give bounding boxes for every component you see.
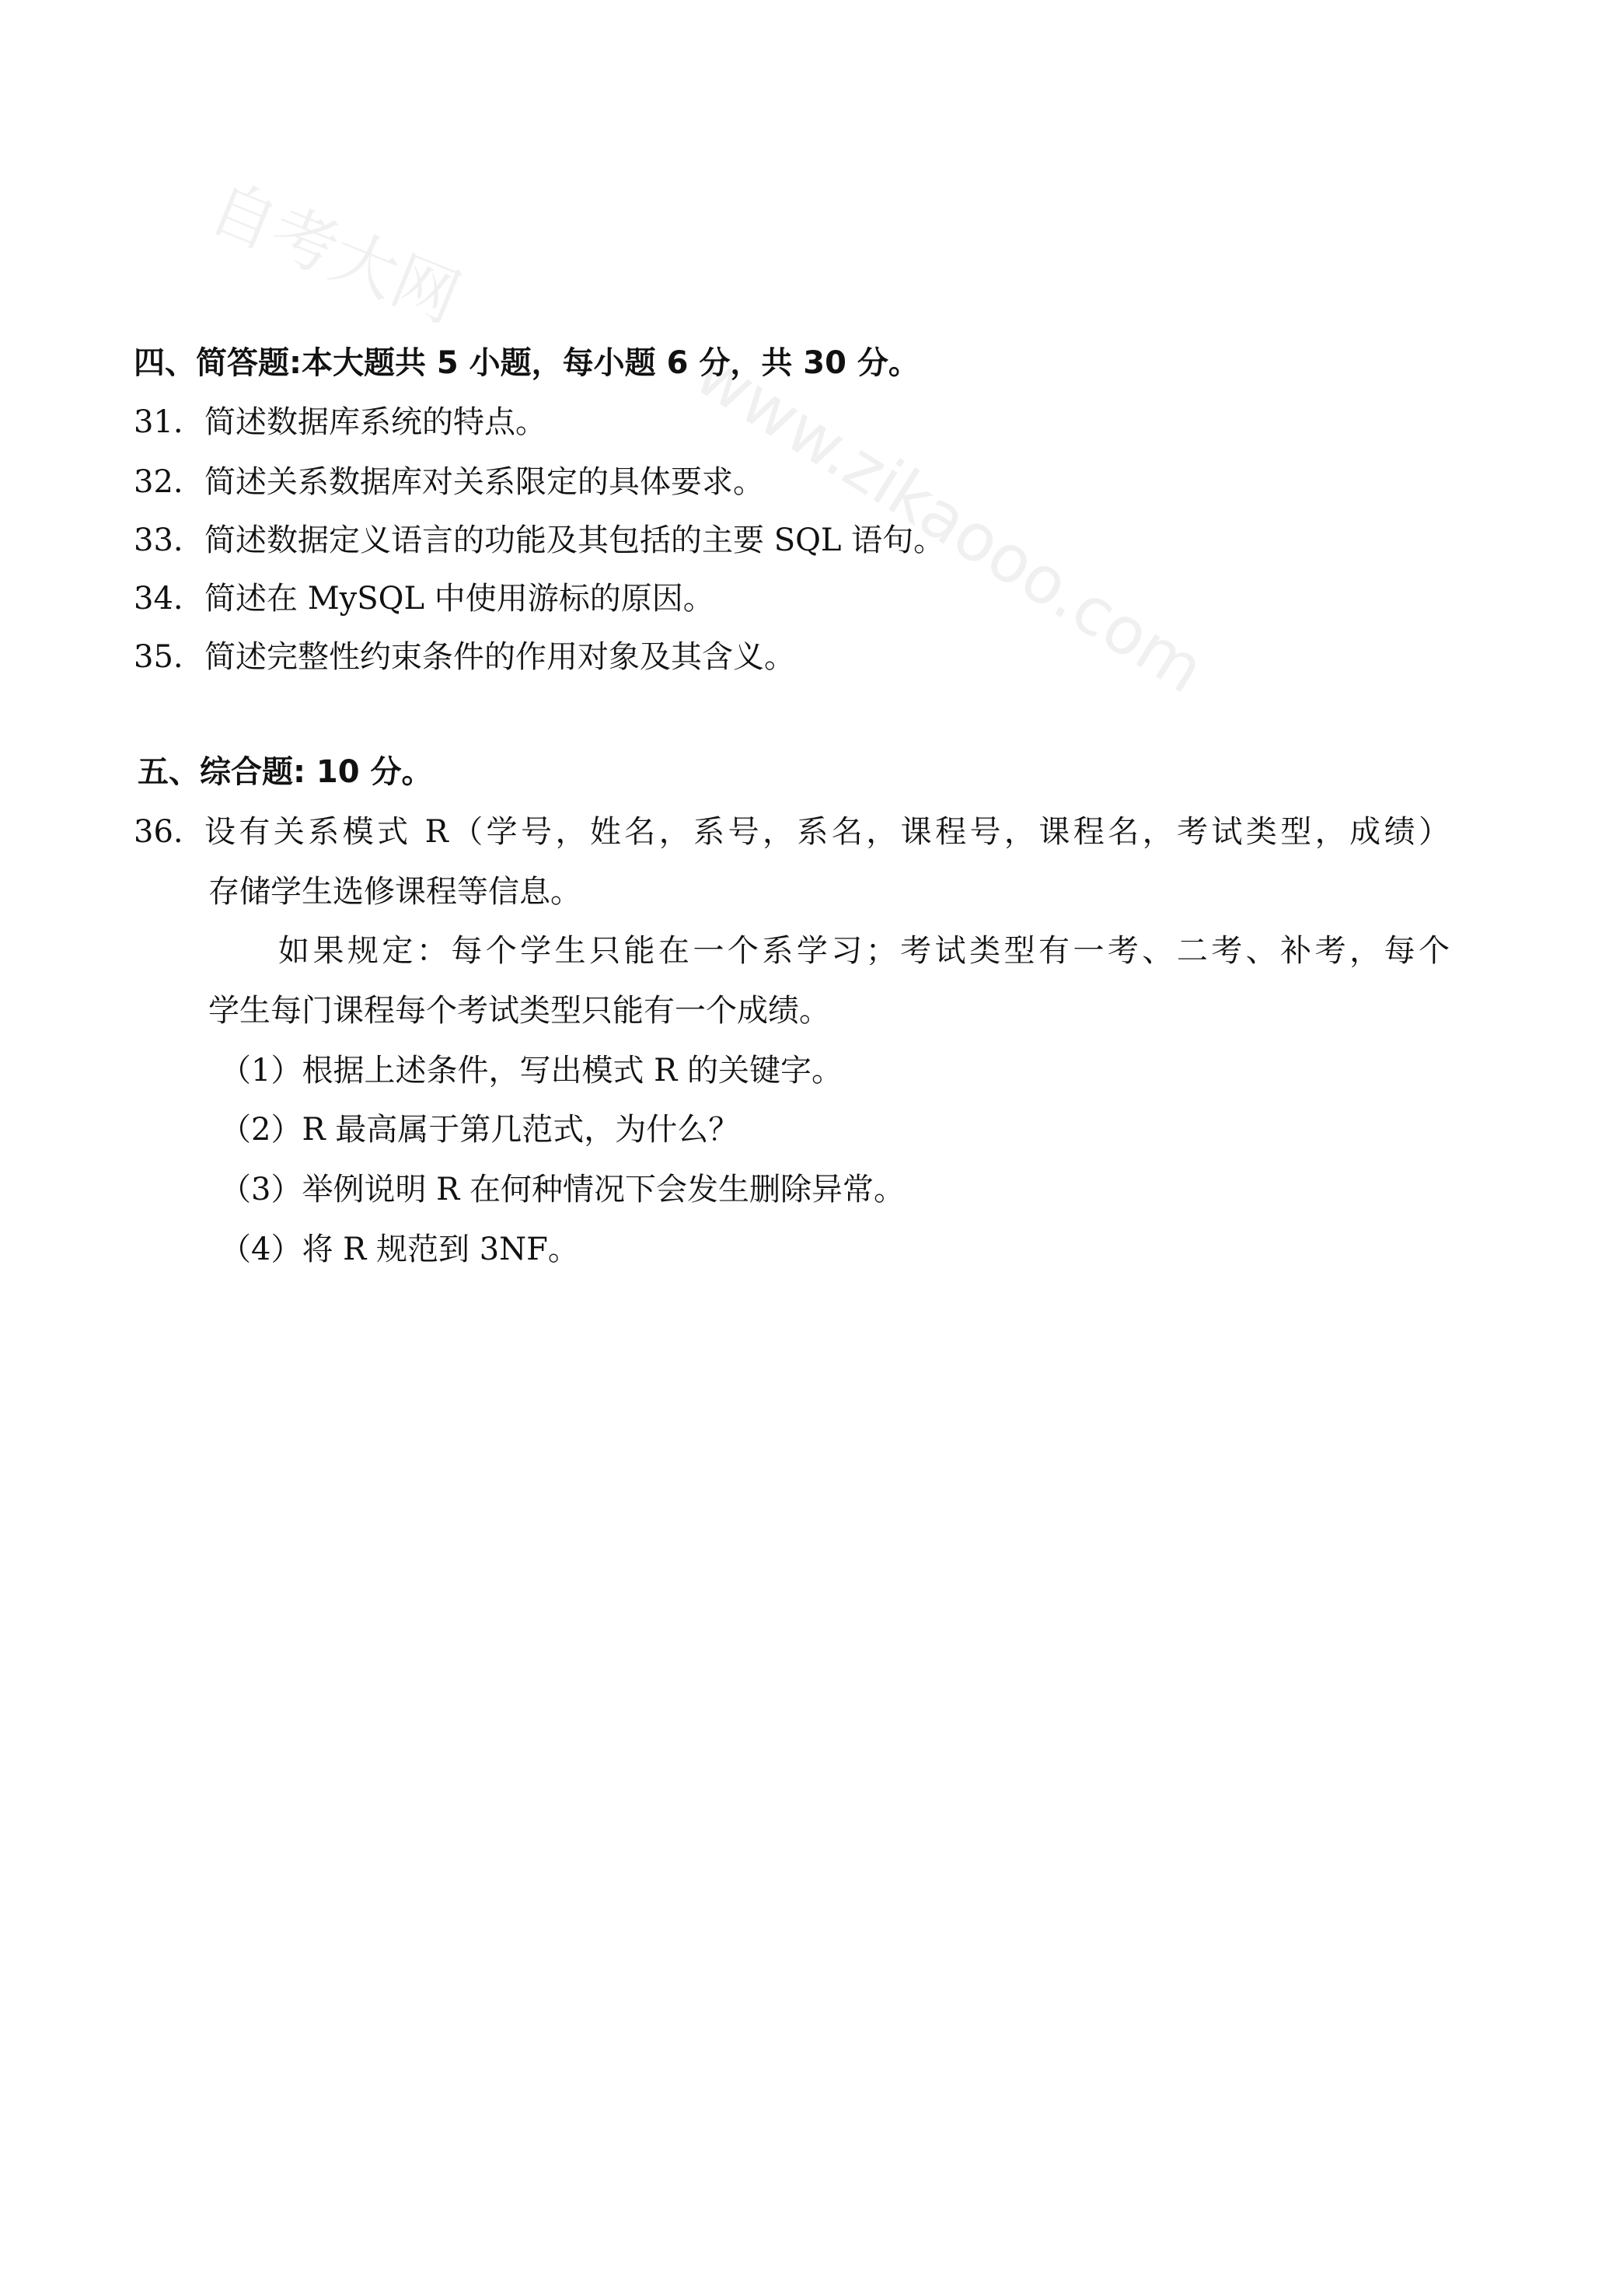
subquestion-2: （2）R 最高属于第几范式，为什么？ <box>220 1111 739 1148</box>
question-number: 34. <box>134 580 183 617</box>
subquestion-3: （3）举例说明 R 在何种情况下会发生删除异常。 <box>220 1171 905 1208</box>
section-heading-comprehensive: 五、综合题: 10 分。 <box>138 753 433 791</box>
question-text-line1: 设有关系模式 R（学号，姓名，系号，系名，课程号，课程名，考试类型，成绩） <box>204 813 1450 851</box>
question-number: 36. <box>134 813 183 851</box>
question-text: 简述数据库系统的特点。 <box>204 404 546 441</box>
subquestion-1: （1）根据上述条件，写出模式 R 的关键字。 <box>220 1052 843 1089</box>
question-36-line2: 存储学生选修课程等信息。 <box>208 873 581 910</box>
watermark-cn: 自考大网 <box>198 156 476 341</box>
subquestion-4: （4）将 R 规范到 3NF。 <box>220 1231 579 1268</box>
question-text: 简述数据定义语言的功能及其包括的主要 SQL 语句。 <box>204 522 944 559</box>
question-number: 31. <box>134 404 183 441</box>
question-text: 简述完整性约束条件的作用对象及其含义。 <box>204 638 795 676</box>
question-text: 简述关系数据库对关系限定的具体要求。 <box>204 463 764 501</box>
question-34: 34. 简述在 MySQL 中使用游标的原因。 <box>0 580 1616 617</box>
question-33: 33. 简述数据定义语言的功能及其包括的主要 SQL 语句。 <box>0 522 1616 559</box>
question-35: 35. 简述完整性约束条件的作用对象及其含义。 <box>0 638 1616 676</box>
question-36-condition-line1: 如果规定：每个学生只能在一个系学习；考试类型有一考、二考、补考，每个 <box>278 932 1450 970</box>
question-36-condition-line2: 学生每门课程每个考试类型只能有一个成绩。 <box>208 992 830 1029</box>
question-32: 32. 简述关系数据库对关系限定的具体要求。 <box>0 463 1616 501</box>
question-number: 35. <box>134 638 183 676</box>
question-31: 31. 简述数据库系统的特点。 <box>0 404 1616 441</box>
question-number: 33. <box>134 522 183 559</box>
question-36: 36. 设有关系模式 R（学号，姓名，系号，系名，课程号，课程名，考试类型，成绩… <box>0 813 1616 851</box>
section-heading-short-answer: 四、简答题:本大题共 5 小题，每小题 6 分，共 30 分。 <box>134 344 920 382</box>
question-text: 简述在 MySQL 中使用游标的原因。 <box>204 580 714 617</box>
question-number: 32. <box>134 463 183 501</box>
